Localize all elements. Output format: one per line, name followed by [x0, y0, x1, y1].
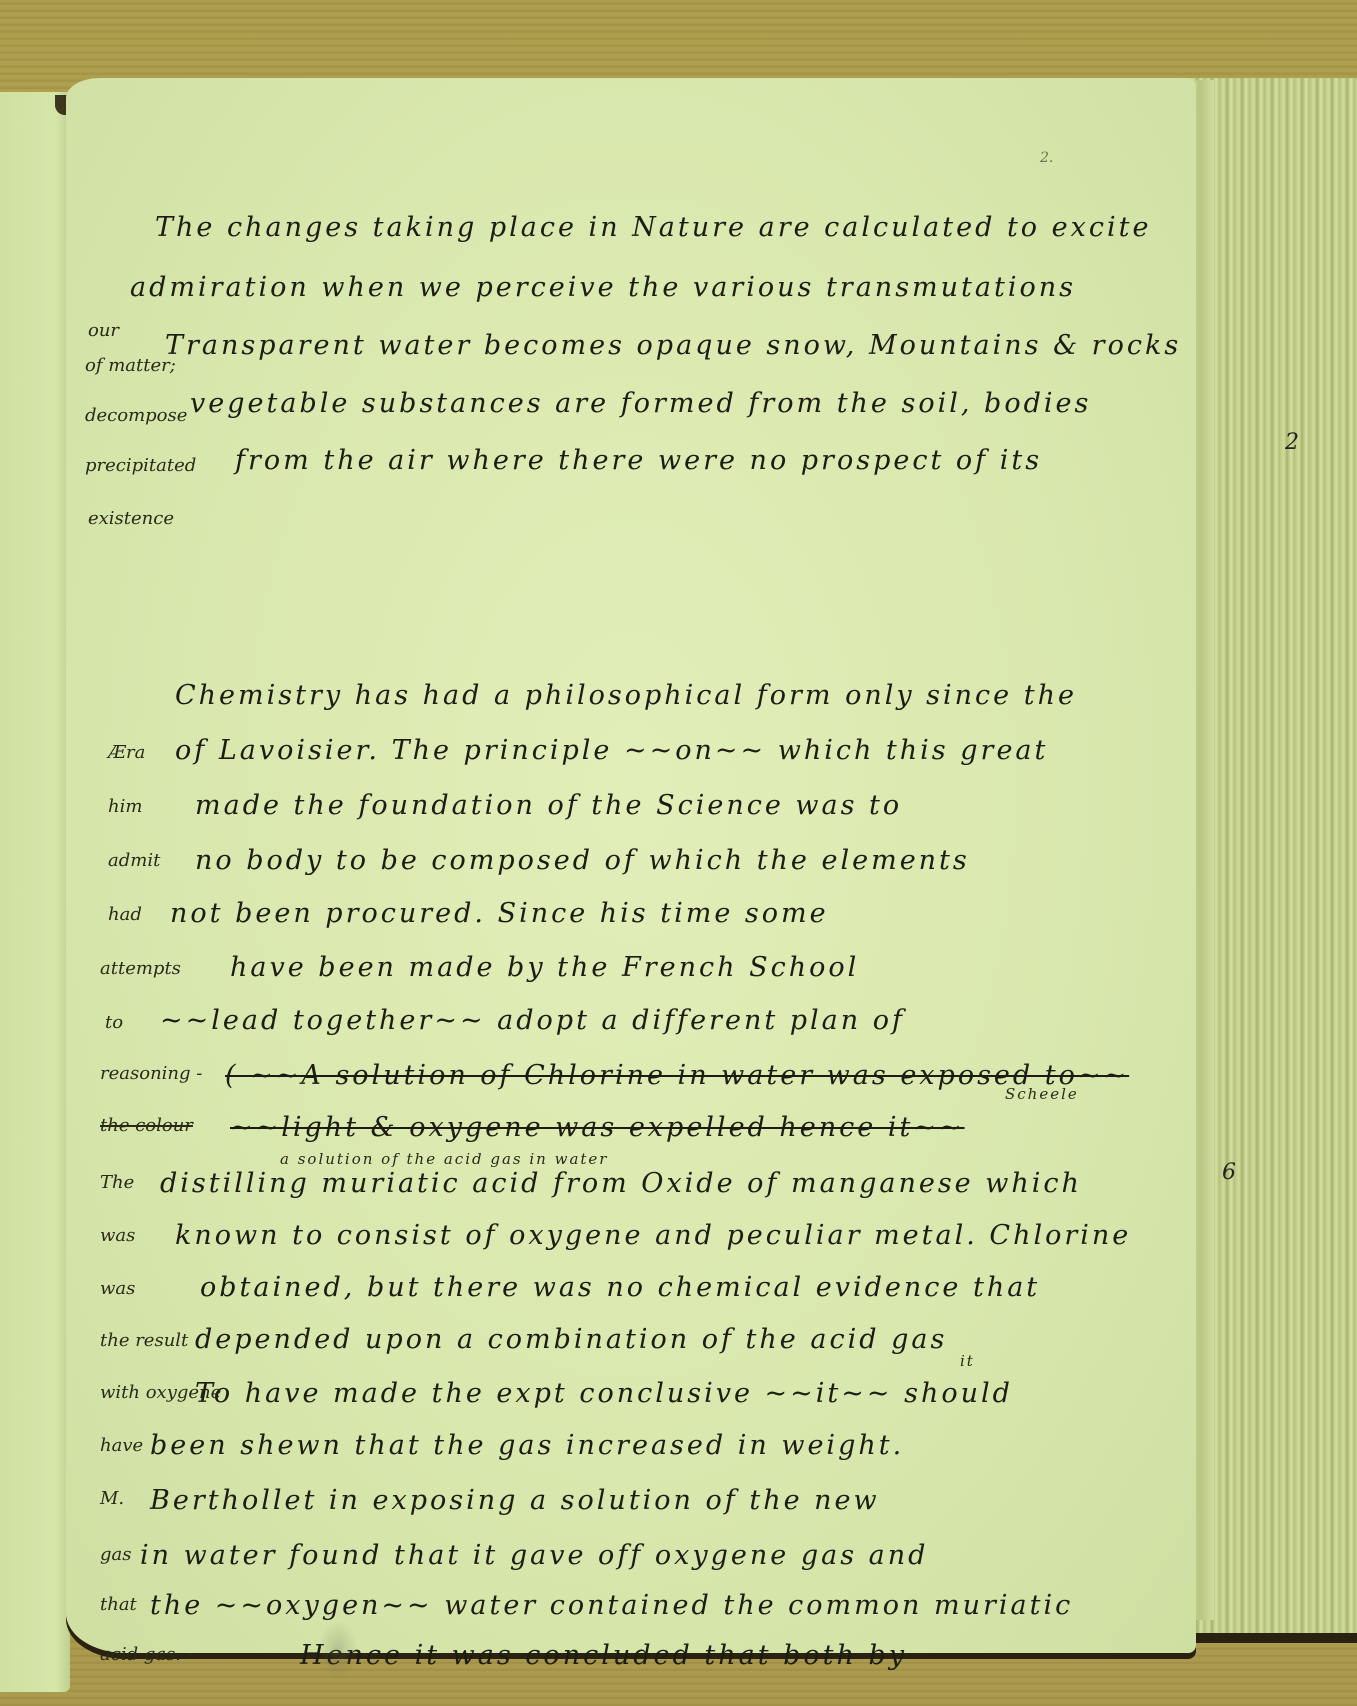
text-line: To have made the expt conclusive ~~it~~ …	[195, 1378, 1013, 1409]
text-line: made the foundation of the Science was t…	[195, 790, 902, 821]
text-line: admiration when we perceive the various …	[130, 272, 1076, 303]
margin-note: had	[108, 904, 142, 925]
margin-note: attempts	[100, 958, 181, 979]
margin-note: was	[100, 1225, 135, 1246]
text-line: The changes taking place in Nature are c…	[155, 212, 1151, 243]
text-line: no body to be composed of which the elem…	[195, 845, 970, 876]
margin-note: reasoning -	[100, 1063, 202, 1084]
text-line: ~~lead together~~ adopt a different plan…	[160, 1005, 905, 1036]
text-line: Transparent water becomes opaque snow, M…	[165, 330, 1181, 361]
interlinear-insertion: Scheele	[1005, 1085, 1079, 1103]
margin-note: M.	[100, 1488, 124, 1509]
margin-note: our	[88, 320, 119, 341]
interlinear-insertion: it	[960, 1352, 975, 1370]
left-facing-page	[0, 92, 70, 1692]
page-stack-edges	[1190, 78, 1357, 1643]
page-number-mark: 2.	[1040, 150, 1053, 166]
margin-note: admit	[108, 850, 160, 871]
text-line: obtained, but there was no chemical evid…	[200, 1272, 1040, 1303]
margin-note: decompose	[85, 405, 187, 426]
fore-edge-mark: 2	[1285, 430, 1299, 455]
interlinear-insertion: a solution of the acid gas in water	[280, 1150, 608, 1168]
margin-note: him	[108, 796, 142, 817]
text-line: of Lavoisier. The principle ~~on~~ which…	[175, 735, 1048, 766]
margin-note: gas	[100, 1544, 132, 1565]
margin-note: was	[100, 1278, 135, 1299]
margin-note: have	[100, 1435, 143, 1456]
margin-note: existence	[88, 508, 174, 529]
struck-text-line: ~~light & oxygene was expelled hence it~…	[230, 1112, 965, 1143]
text-line: Berthollet in exposing a solution of the…	[150, 1485, 880, 1516]
fore-edge-mark: 6	[1222, 1160, 1236, 1185]
text-line: depended upon a combination of the acid …	[195, 1324, 947, 1355]
margin-note: Æra	[108, 742, 145, 763]
margin-note: to	[105, 1012, 123, 1033]
margin-note: that	[100, 1594, 137, 1615]
text-line: distilling muriatic acid from Oxide of m…	[160, 1168, 1082, 1199]
text-line: Hence it was concluded that both by	[300, 1640, 907, 1671]
margin-note: precipitated	[85, 455, 196, 476]
margin-note: of matter;	[85, 355, 176, 376]
text-line: been shewn that the gas increased in wei…	[150, 1430, 904, 1461]
text-line: from the air where there were no prospec…	[235, 445, 1042, 476]
margin-note: with oxygene	[100, 1382, 221, 1403]
text-line: not been procured. Since his time some	[170, 898, 829, 929]
margin-note: the colour	[100, 1115, 193, 1136]
margin-note: acid gas. -	[100, 1644, 193, 1665]
margin-note: the result	[100, 1330, 188, 1351]
text-line: known to consist of oxygene and peculiar…	[175, 1220, 1131, 1251]
ink-smudge	[318, 1620, 358, 1680]
margin-note: The	[100, 1172, 134, 1193]
text-line: Chemistry has had a philosophical form o…	[175, 680, 1077, 711]
struck-text-line: ( ~~A solution of Chlorine in water was …	[225, 1060, 1129, 1091]
text-line: vegetable substances are formed from the…	[190, 388, 1091, 419]
text-line: have been made by the French School	[230, 952, 859, 983]
text-line: in water found that it gave off oxygene …	[140, 1540, 928, 1571]
text-line: the ~~oxygen~~ water contained the commo…	[150, 1590, 1073, 1621]
